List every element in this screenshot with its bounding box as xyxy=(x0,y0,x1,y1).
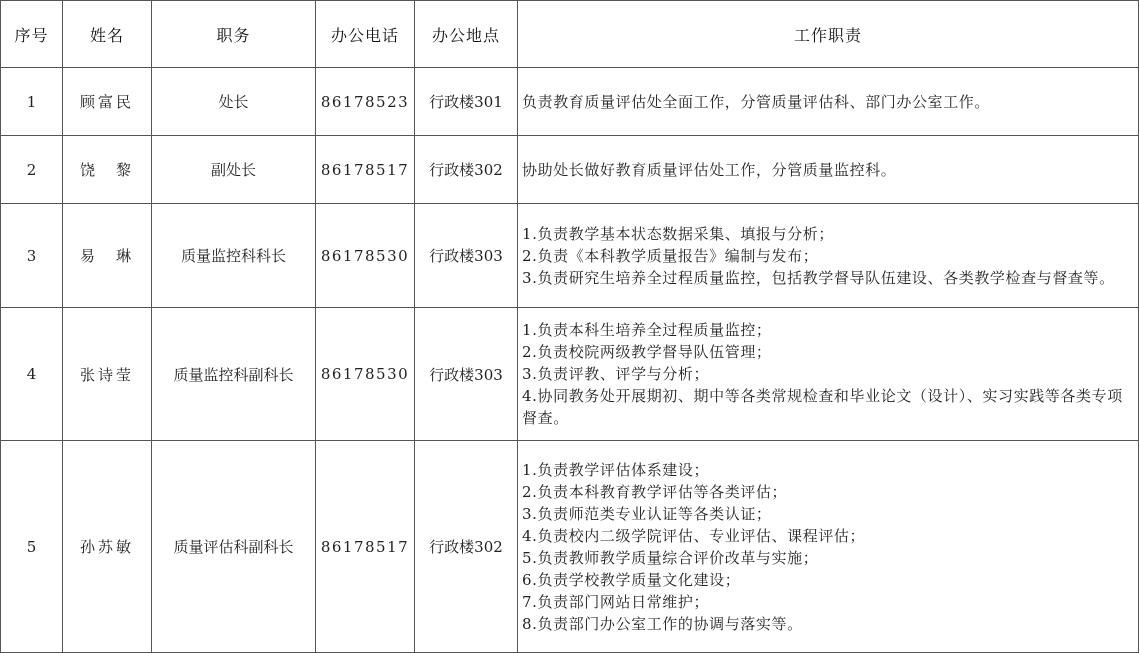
cell-title: 处长 xyxy=(152,68,316,136)
cell-location: 行政楼303 xyxy=(415,308,518,441)
duty-line: 3.负责研究生培养全过程质量监控，包括教学督导队伍建设、各类教学检查与督查等。 xyxy=(522,267,1134,289)
duty-line: 3.负责评教、评学与分析； xyxy=(522,363,1134,385)
cell-duties: 1.负责本科生培养全过程质量监控； 2.负责校院两级教学督导队伍管理； 3.负责… xyxy=(518,308,1139,441)
duty-line: 2.负责《本科教学质量报告》编制与发布； xyxy=(522,245,1134,267)
cell-phone: 86178530 xyxy=(316,308,415,441)
cell-index: 4 xyxy=(1,308,63,441)
cell-index: 3 xyxy=(1,204,63,308)
table-row: 4 张诗莹 质量监控科副科长 86178530 行政楼303 1.负责本科生培养… xyxy=(1,308,1139,441)
table-row: 5 孙苏敏 质量评估科副科长 86178517 行政楼302 1.负责教学评估体… xyxy=(1,441,1139,653)
duty-line: 负责教育质量评估处全面工作，分管质量评估科、部门办公室工作。 xyxy=(522,91,1134,113)
cell-location: 行政楼302 xyxy=(415,441,518,653)
cell-duties: 1.负责教学基本状态数据采集、填报与分析； 2.负责《本科教学质量报告》编制与发… xyxy=(518,204,1139,308)
header-name: 姓名 xyxy=(63,1,152,68)
cell-phone: 86178523 xyxy=(316,68,415,136)
duty-line: 协助处长做好教育质量评估处工作，分管质量监控科。 xyxy=(522,159,1134,181)
cell-title: 质量评估科副科长 xyxy=(152,441,316,653)
cell-index: 5 xyxy=(1,441,63,653)
duty-line: 4.负责校内二级学院评估、专业评估、课程评估； xyxy=(522,525,1134,547)
duty-line: 8.负责部门办公室工作的协调与落实等。 xyxy=(522,613,1134,635)
header-index: 序号 xyxy=(1,1,63,68)
cell-duties: 1.负责教学评估体系建设； 2.负责本科教育教学评估等各类评估； 3.负责师范类… xyxy=(518,441,1139,653)
cell-name: 顾富民 xyxy=(63,68,152,136)
duty-line: 1.负责本科生培养全过程质量监控； xyxy=(522,319,1134,341)
table-row: 3 易 琳 质量监控科科长 86178530 行政楼303 1.负责教学基本状态… xyxy=(1,204,1139,308)
cell-name: 饶 黎 xyxy=(63,136,152,204)
duty-line: 6.负责学校教学质量文化建设； xyxy=(522,569,1134,591)
table-row: 1 顾富民 处长 86178523 行政楼301 负责教育质量评估处全面工作，分… xyxy=(1,68,1139,136)
cell-index: 2 xyxy=(1,136,63,204)
cell-phone: 86178517 xyxy=(316,441,415,653)
duty-line: 3.负责师范类专业认证等各类认证； xyxy=(522,503,1134,525)
duty-line: 7.负责部门网站日常维护； xyxy=(522,591,1134,613)
duty-line: 2.负责校院两级教学督导队伍管理； xyxy=(522,341,1134,363)
cell-location: 行政楼302 xyxy=(415,136,518,204)
cell-name: 张诗莹 xyxy=(63,308,152,441)
cell-title: 副处长 xyxy=(152,136,316,204)
cell-name: 易 琳 xyxy=(63,204,152,308)
cell-index: 1 xyxy=(1,68,63,136)
duty-line: 2.负责本科教育教学评估等各类评估； xyxy=(522,481,1134,503)
cell-duties: 负责教育质量评估处全面工作，分管质量评估科、部门办公室工作。 xyxy=(518,68,1139,136)
table-row: 2 饶 黎 副处长 86178517 行政楼302 协助处长做好教育质量评估处工… xyxy=(1,136,1139,204)
duty-line: 1.负责教学基本状态数据采集、填报与分析； xyxy=(522,223,1134,245)
duty-line: 4.协同教务处开展期初、期中等各类常规检查和毕业论文（设计）、实习实践等各类专项… xyxy=(522,385,1134,429)
header-row: 序号 姓名 职务 办公电话 办公地点 工作职责 xyxy=(1,1,1139,68)
cell-location: 行政楼301 xyxy=(415,68,518,136)
duty-line: 5.负责教师教学质量综合评价改革与实施； xyxy=(522,547,1134,569)
duty-line: 1.负责教学评估体系建设； xyxy=(522,459,1134,481)
header-phone: 办公电话 xyxy=(316,1,415,68)
cell-phone: 86178517 xyxy=(316,136,415,204)
cell-phone: 86178530 xyxy=(316,204,415,308)
cell-title: 质量监控科科长 xyxy=(152,204,316,308)
cell-location: 行政楼303 xyxy=(415,204,518,308)
cell-title: 质量监控科副科长 xyxy=(152,308,316,441)
header-duties: 工作职责 xyxy=(518,1,1139,68)
header-location: 办公地点 xyxy=(415,1,518,68)
cell-duties: 协助处长做好教育质量评估处工作，分管质量监控科。 xyxy=(518,136,1139,204)
staff-duties-table: 序号 姓名 职务 办公电话 办公地点 工作职责 1 顾富民 处长 8617852… xyxy=(0,0,1139,653)
cell-name: 孙苏敏 xyxy=(63,441,152,653)
header-title: 职务 xyxy=(152,1,316,68)
